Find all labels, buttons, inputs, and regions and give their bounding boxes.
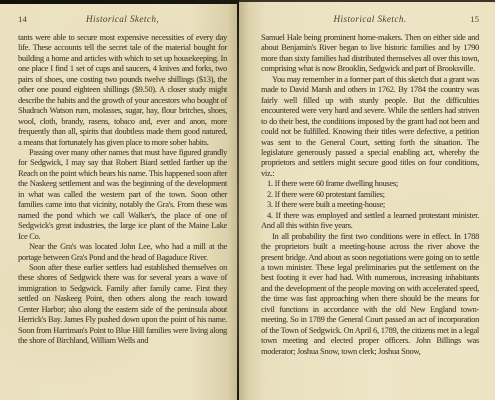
condition-item: 2. If there were 60 protestant families; [261, 190, 479, 200]
left-running-header: Historical Sketch, [44, 14, 201, 24]
right-page-body-after: In all probability the first two conditi… [261, 232, 479, 357]
condition-item: 4. If there was employed and settled a l… [261, 211, 479, 232]
paragraph: In all probability the first two conditi… [261, 232, 479, 357]
left-page-body: tants were able to secure most expensive… [18, 33, 227, 347]
book-scan: 14 Historical Sketch, tants were able to… [0, 0, 495, 400]
paragraph: tants were able to secure most expensive… [18, 33, 227, 148]
right-running-header: Historical Sketch. [287, 14, 453, 24]
top-edge-shadow-right [239, 0, 495, 2]
right-page-header: Historical Sketch. 15 [261, 14, 479, 24]
left-page: 14 Historical Sketch, tants were able to… [0, 0, 237, 400]
left-page-header: 14 Historical Sketch, [18, 14, 227, 24]
paragraph: Near the Gra's was located John Lee, who… [18, 242, 227, 263]
condition-item: 1. If there were 60 frame dwelling house… [261, 179, 479, 189]
left-page-number: 14 [18, 14, 44, 24]
paragraph: Samuel Hale being prominent home-makers.… [261, 33, 479, 75]
right-page-number: 15 [453, 14, 479, 24]
right-page: Historical Sketch. 15 Samuel Hale being … [239, 0, 495, 400]
paragraph: Passing over many other names that must … [18, 148, 227, 242]
right-page-body-intro: Samuel Hale being prominent home-makers.… [261, 33, 479, 179]
paragraph: Soon after these earlier settlers had es… [18, 263, 227, 347]
top-edge-shadow-left [0, 0, 239, 4]
paragraph: You may remember in a former part of thi… [261, 75, 479, 180]
condition-item: 3. If there were built a meeting-house; [261, 200, 479, 210]
conditions-list: 1. If there were 60 frame dwelling house… [261, 179, 479, 231]
